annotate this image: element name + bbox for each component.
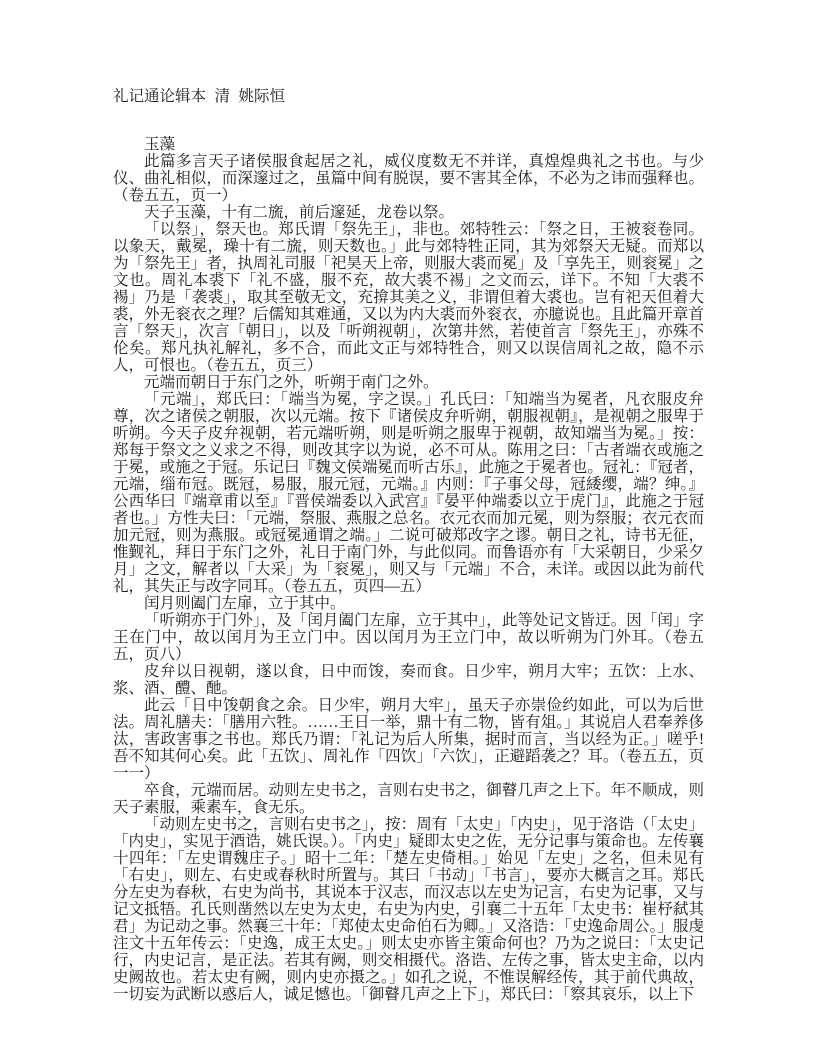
paragraph-commentary: 「以祭」，祭天也。郑氏谓「祭先王」，非也。郊特牲云：「祭之日，王被衮卷同。以象天… bbox=[113, 221, 704, 374]
paragraph-scripture: 元端而朝日于东门之外，听朔于南门之外。 bbox=[113, 374, 704, 391]
paragraph-scripture: 天子玉藻，十有二旒，前后邃延，龙卷以祭。 bbox=[113, 204, 704, 221]
document-page: 礼记通论辑本 清 姚际恒 玉藻 此篇多言天子诸侯服食起居之礼，威仪度数无不并详，… bbox=[0, 0, 816, 1056]
paragraph-commentary: 「动则左史书之，言则右史书之」，按：周有「太史」「内史」，见于洛诰（「太史」「内… bbox=[113, 816, 704, 1003]
document-title: 礼记通论辑本 清 姚际恒 bbox=[113, 88, 704, 105]
paragraph-commentary: 「听朔亦于门外」，及「闰月阖门左扉，立于其中」，此等处记文皆迂。因「闰」字王在门… bbox=[113, 612, 704, 663]
paragraph-scripture: 闰月则阖门左扉，立于其中。 bbox=[113, 595, 704, 612]
paragraph-commentary: 此云「日中馂朝食之余。日少牢，朔月大牢」，虽天子亦崇俭约如此，可以为后世法。周礼… bbox=[113, 697, 704, 782]
section-title: 玉藻 bbox=[113, 136, 704, 153]
paragraph-scripture: 卒食，元端而居。动则左史书之，言则右史书之，御瞽几声之上下。年不顺成，则天子素服… bbox=[113, 782, 704, 816]
paragraph-commentary: 「元端」，郑氏曰：「端当为冕，字之误。」孔氏曰：「知端当为冕者，凡衣服皮弁尊，次… bbox=[113, 391, 704, 595]
paragraph-scripture: 皮弁以日视朝，遂以食，日中而馂，奏而食。日少牢，朔月大牢；五饮：上水、浆、酒、醴… bbox=[113, 663, 704, 697]
paragraph-commentary: 此篇多言天子诸侯服食起居之礼，威仪度数无不并详，真煌煌典礼之书也。与少仪、曲礼相… bbox=[113, 153, 704, 204]
